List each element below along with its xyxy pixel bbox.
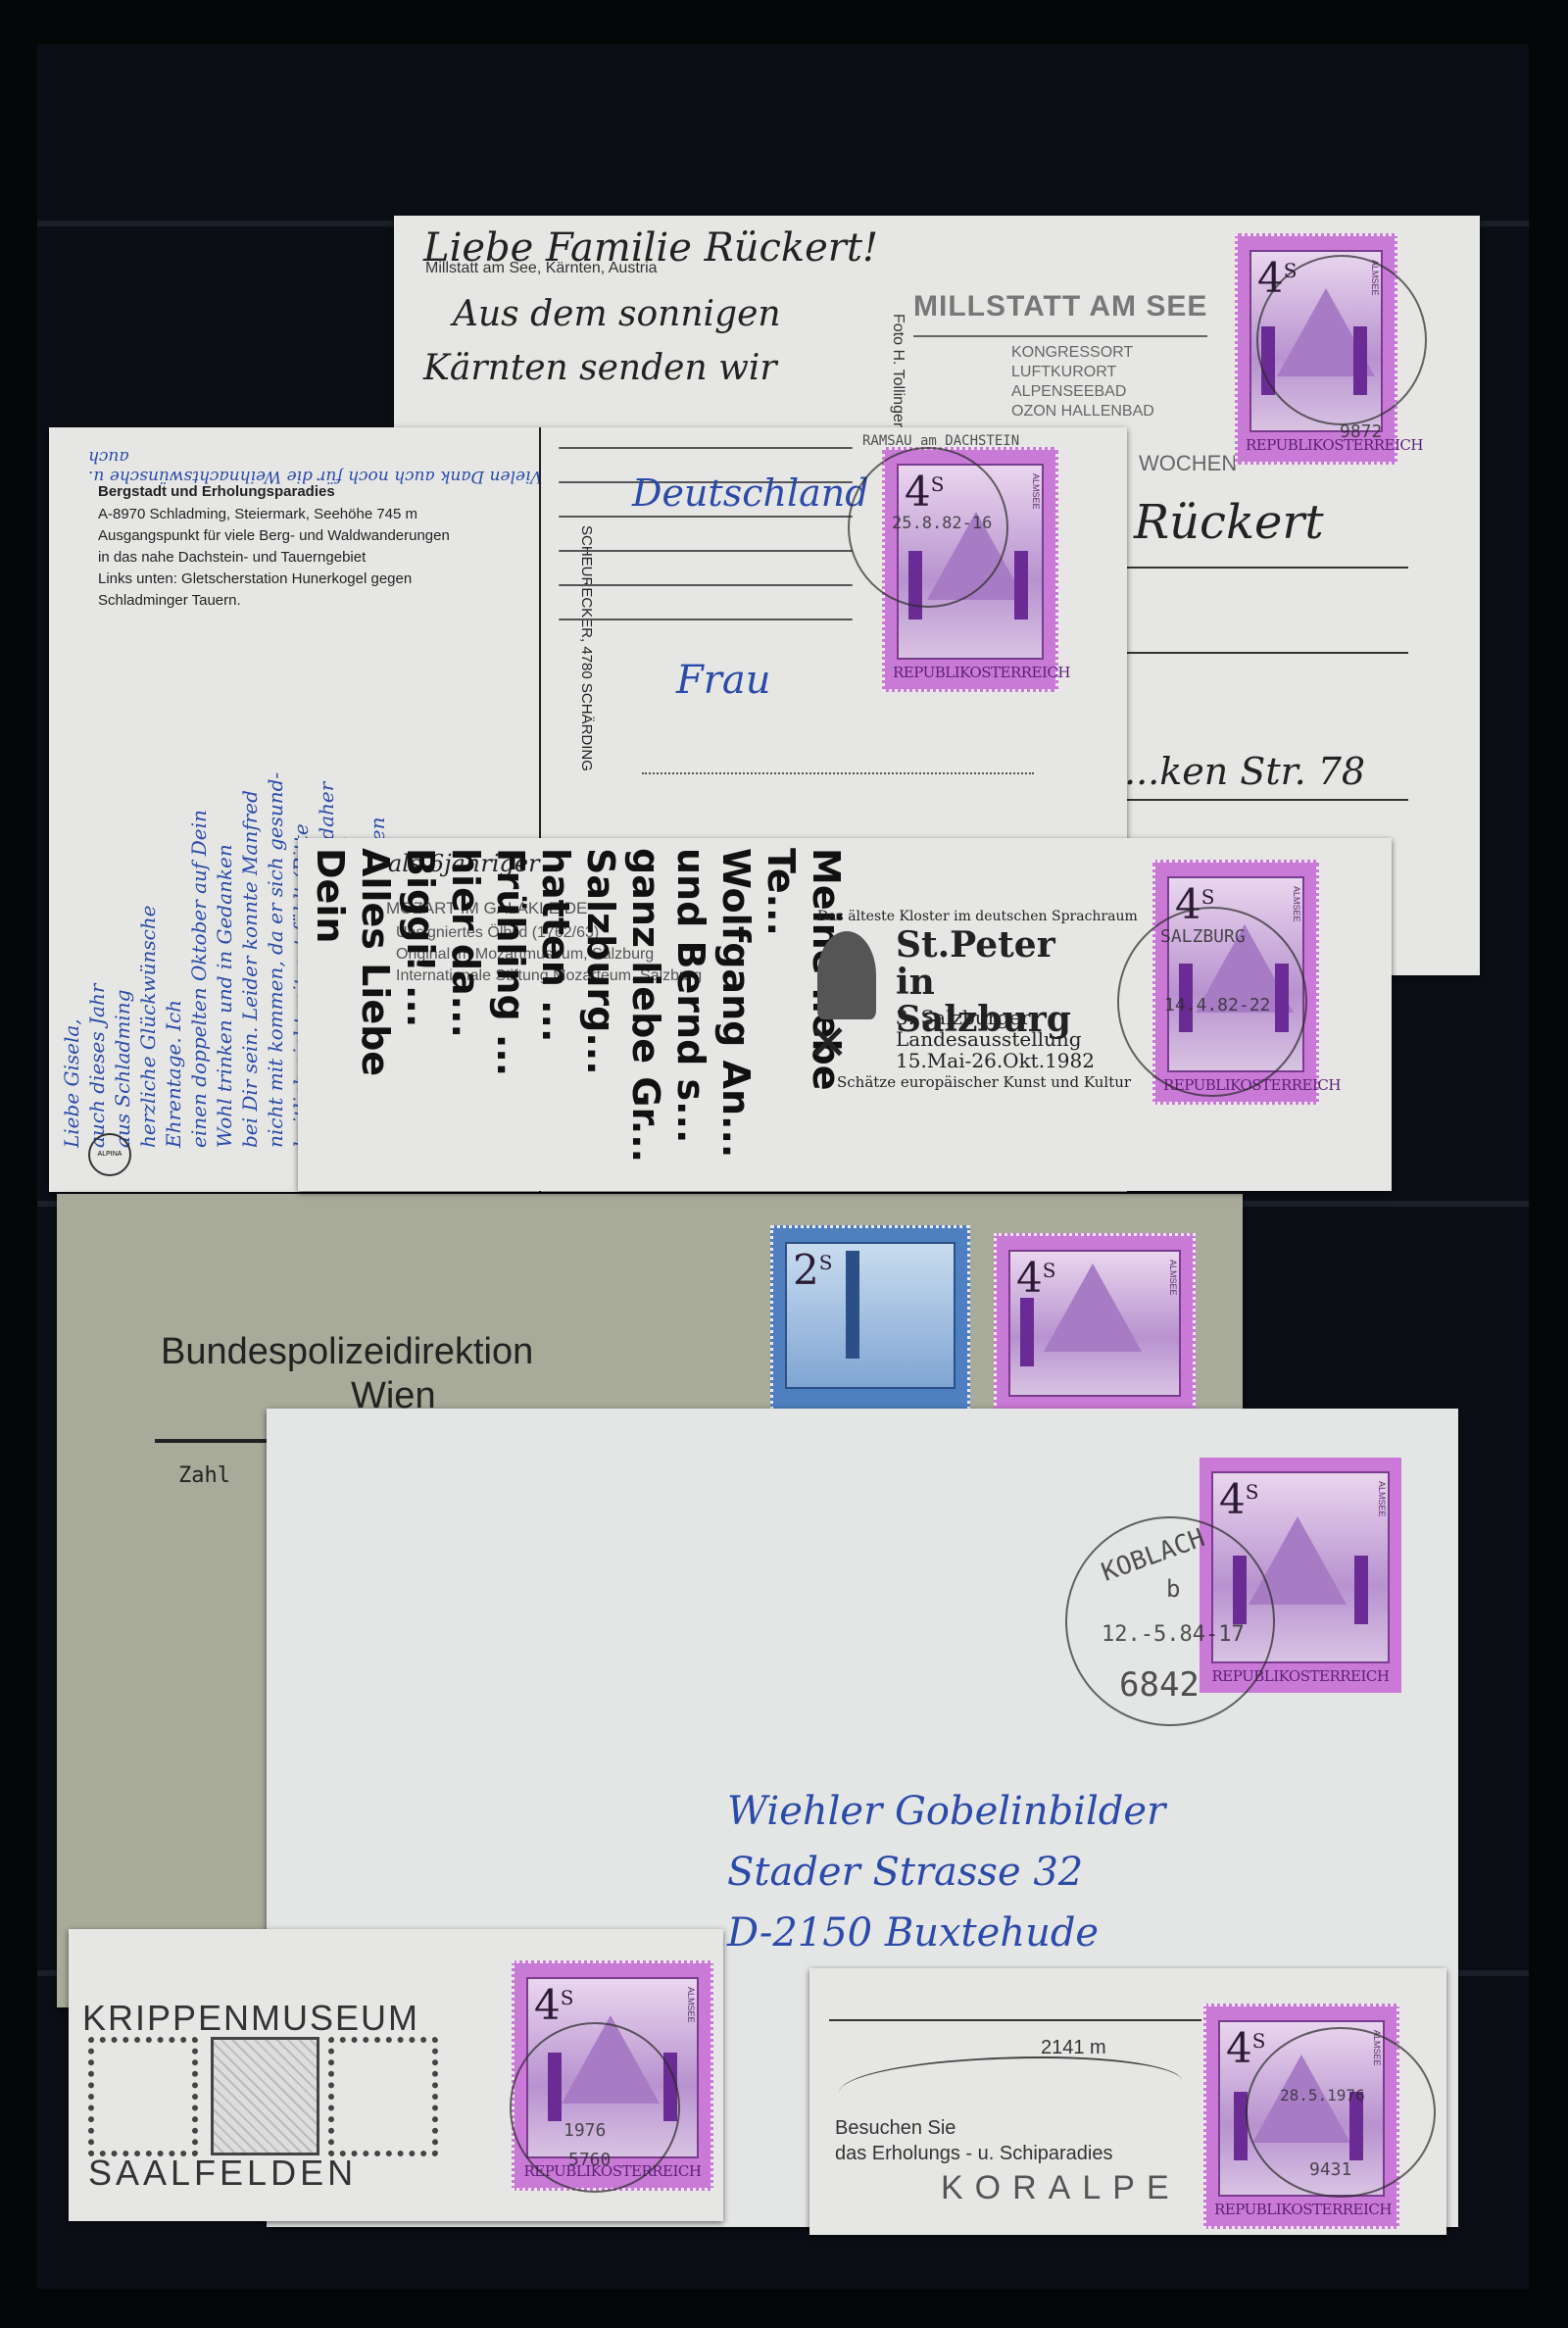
slogan-lines: 3. SalzburgerLandesausstellung15.Mai-26.… [896,1007,1131,1093]
slogan-item: OZON HALLENBAD [1011,402,1154,421]
field-label: Zahl [178,1463,230,1488]
message-line: Aus dem sonnigen [453,294,781,334]
address-line [1124,652,1408,654]
mountain-icon [839,2056,1182,2117]
top-note: Vielen Dank auch noch für die Weihnachts… [88,447,559,486]
slogan-items: KONGRESSORT LUFTKURORT ALPENSEEBAD OZON … [1011,343,1154,421]
address-line [1124,799,1408,801]
postmark-date: 9872 [1340,421,1382,442]
caption-lines: A-8970 Schladming, Steiermark, Seehöhe 7… [98,504,450,612]
postmark-town: SALZBURG [1160,926,1246,947]
slogan-title: MILLSTATT AM SEE [913,290,1207,323]
mitre-icon [817,931,876,1019]
cancel-wave [559,550,853,552]
alpina-logo: ALPINA [88,1133,131,1176]
address-line: Stader Strasse 32 [727,1842,1165,1903]
address-line: D-2150 Buxtehude [727,1903,1165,1963]
salutation-text: Frau [676,658,770,703]
message-line: Kärnten senden wir [423,348,777,388]
frame-icon [88,2037,198,2156]
street-text: ...ken Str. 78 [1124,750,1365,793]
postmark-date: 14.4.82-22 [1164,995,1270,1015]
slogan-rule [829,2019,1201,2021]
postmark [1256,255,1427,425]
photo-credit: Foto H. Tollinger [889,314,906,427]
caption-text: Millstatt am See, Kärnten, Austria [425,260,658,277]
postmark-town: RAMSAU am DACHSTEIN [862,433,1019,449]
address-line: Wiehler Gobelinbilder [727,1781,1165,1842]
caption-title: Bergstadt und Erholungsparadies [98,483,335,500]
slogan-item: KONGRESSORT [1011,343,1154,363]
caption-line: Ausgangspunkt für viele Berg- und Waldwa… [98,525,450,547]
cancel-wave [559,619,853,620]
postmark-date: 25.8.82-16 [892,514,992,533]
addressee-name: Rückert [1134,495,1324,550]
slogan-top: Das älteste Kloster im deutschen Sprachr… [817,909,1138,924]
country-text: Deutschland [632,471,869,515]
postmark-code: 5760 [568,2150,611,2170]
postcard-mozart: als 6jähriger MOZART IM GALAKLEIDE Unsig… [298,838,1392,1191]
crossed-keys-icon: ✕ [808,1015,849,1071]
slogan-rule [913,335,1207,337]
vertical-message: Meine liebe Te...Wolfgang An...und Bernd… [308,848,849,1181]
address-line [1124,567,1408,569]
postmark-code: 6842 [1119,1665,1200,1705]
postmark-date: 12.-5.84-17 [1102,1622,1245,1647]
slogan-tail: WOCHEN [1139,451,1237,476]
caption-line: A-8970 Schladming, Steiermark, Seehöhe 7… [98,504,450,525]
caption-line: in das nahe Dachstein- und Tauerngebiet [98,547,450,569]
nativity-icon [211,2037,319,2155]
slogan-item: ALPENSEEBAD [1011,382,1154,402]
slogan-bottom: SAALFELDEN [88,2153,357,2194]
stamp-country: REPUBLIKOSTERREICH [893,664,1048,681]
cutout-saalfelden: KRIPPENMUSEUM SAALFELDEN 4S ALMSEE REPUB… [69,1929,723,2221]
publisher-text: SCHEURECKER, 4780 SCHÄRDING [578,525,595,771]
cancel-wave [559,516,853,518]
stamp-innsbruck: 2S [770,1225,970,1421]
postmark-code: 9431 [1309,2159,1351,2180]
cancel-wave [559,584,853,586]
slogan-item: LUFTKURORT [1011,363,1154,382]
postmark-sub: b [1166,1575,1180,1603]
postmark-date: 28.5.1976 [1280,2086,1365,2105]
postmark-date: 1976 [563,2120,606,2141]
cancel-wave [559,447,853,449]
stamp-country: REPUBLIKOSTERREICH [1214,2201,1389,2218]
slogan-title: KORALPE [941,2169,1181,2207]
caption-line: Links unten: Gletscherstation Hunerkogel… [98,569,450,590]
recipient-address: Wiehler Gobelinbilder Stader Strasse 32 … [727,1781,1165,1963]
slogan-top: KRIPPENMUSEUM [82,1998,419,2039]
stamp-almsee: 4S ALMSEE [994,1233,1196,1429]
slogan-lines: Besuchen Sie das Erholungs - u. Schipara… [835,2115,1113,2166]
address-dotted-line [642,772,1034,774]
frame-icon [328,2037,438,2156]
cutout-koralpe: 2141 m Besuchen Sie das Erholungs - u. S… [809,1968,1446,2235]
sender-name: Bundespolizeidirektion [161,1331,533,1373]
